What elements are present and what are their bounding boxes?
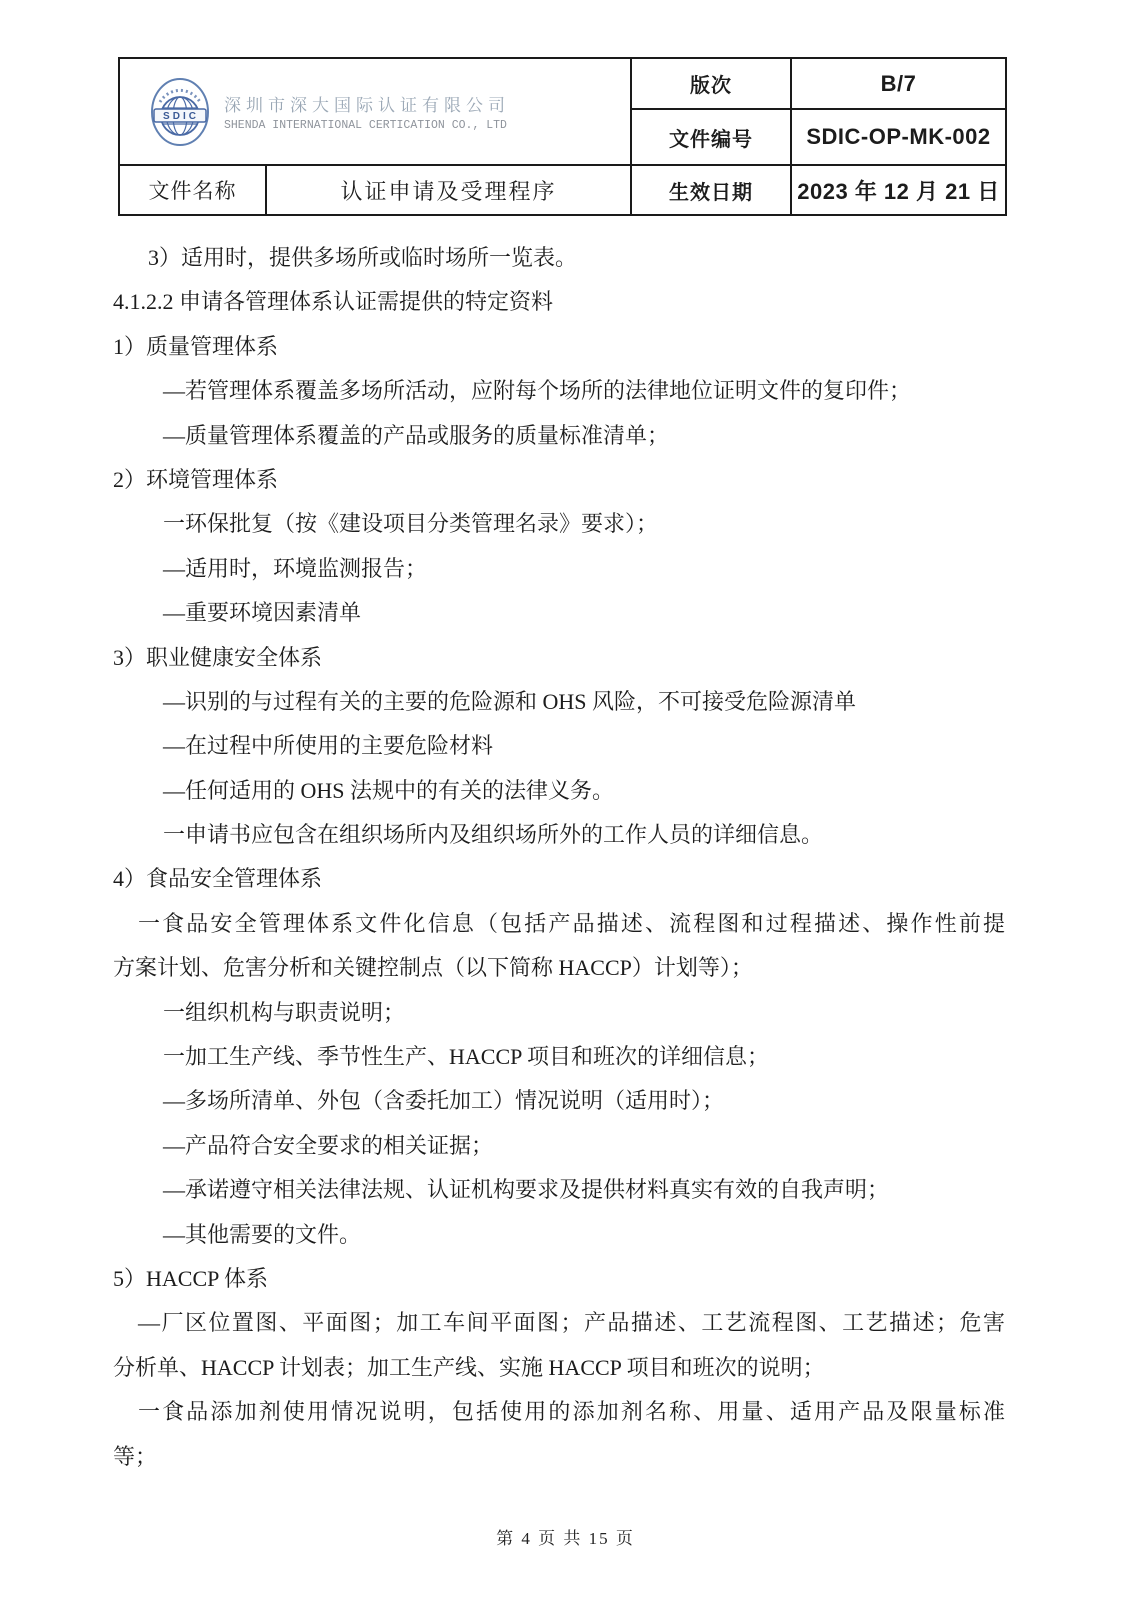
company-name-cn: 深圳市深大国际认证有限公司 — [224, 91, 510, 116]
body-line: 3）职业健康安全体系 — [113, 636, 1005, 680]
body-line: 一食品添加剂使用情况说明，包括使用的添加剂名称、用量、适用产品及限量标准 — [113, 1390, 1005, 1434]
body-line: 一加工生产线、季节性生产、HACCP 项目和班次的详细信息； — [113, 1035, 1005, 1079]
doc-number-label: 文件编号 — [632, 110, 792, 166]
body-line: 1）质量管理体系 — [113, 325, 1005, 369]
body-line: 一组织机构与职责说明； — [113, 991, 1005, 1035]
body-line: —多场所清单、外包（含委托加工）情况说明（适用时）； — [113, 1079, 1005, 1123]
body-line: —其他需要的文件。 — [113, 1213, 1005, 1257]
body-line: —重要环境因素清单 — [113, 591, 1005, 635]
document-header-table: SDIC 深圳市深大国际认证有限公司 SHENDA INTERNATIONAL … — [118, 57, 1007, 216]
body-line: —识别的与过程有关的主要的危险源和 OHS 风险，不可接受危险源清单 — [113, 680, 1005, 724]
body-line: —适用时，环境监测报告； — [113, 547, 1005, 591]
body-line: 一食品安全管理体系文件化信息（包括产品描述、流程图和过程描述、操作性前提 — [113, 902, 1005, 946]
body-line: 方案计划、危害分析和关键控制点（以下简称 HACCP）计划等）； — [113, 946, 1005, 990]
logo-banner-text: SDIC — [163, 111, 199, 122]
body-line: 4）食品安全管理体系 — [113, 857, 1005, 901]
logo-cell: SDIC 深圳市深大国际认证有限公司 SHENDA INTERNATIONAL … — [120, 59, 632, 166]
sdic-globe-logo-icon: SDIC — [148, 76, 212, 148]
body-line: —厂区位置图、平面图；加工车间平面图；产品描述、工艺流程图、工艺描述；危害 — [113, 1301, 1005, 1345]
effective-date-value: 2023 年 12 月 21 日 — [792, 166, 1005, 214]
body-line: 2）环境管理体系 — [113, 458, 1005, 502]
company-name-block: 深圳市深大国际认证有限公司 SHENDA INTERNATIONAL CERTI… — [224, 91, 510, 132]
doc-number-value: SDIC-OP-MK-002 — [792, 110, 1005, 166]
body-line: —产品符合安全要求的相关证据； — [113, 1124, 1005, 1168]
body-line: 一申请书应包含在组织场所内及组织场所外的工作人员的详细信息。 — [113, 813, 1005, 857]
body-line: 等； — [113, 1435, 1005, 1479]
doc-name-value: 认证申请及受理程序 — [267, 166, 632, 214]
body-line: —质量管理体系覆盖的产品或服务的质量标准清单； — [113, 414, 1005, 458]
body-line: 4.1.2.2 申请各管理体系认证需提供的特定资料 — [113, 280, 1005, 324]
doc-name-label: 文件名称 — [120, 166, 267, 214]
document-body: 3）适用时，提供多场所或临时场所一览表。4.1.2.2 申请各管理体系认证需提供… — [113, 236, 1005, 1479]
body-line: 5）HACCP 体系 — [113, 1257, 1005, 1301]
company-name-en: SHENDA INTERNATIONAL CERTICATION CO., LT… — [224, 119, 510, 132]
body-line: —承诺遵守相关法律法规、认证机构要求及提供材料真实有效的自我声明； — [113, 1168, 1005, 1212]
body-line: 一环保批复（按《建设项目分类管理名录》要求）； — [113, 502, 1005, 546]
body-line: —若管理体系覆盖多场所活动，应附每个场所的法律地位证明文件的复印件； — [113, 369, 1005, 413]
body-line: 分析单、HACCP 计划表；加工生产线、实施 HACCP 项目和班次的说明； — [113, 1346, 1005, 1390]
version-value: B/7 — [792, 59, 1005, 110]
body-line: 3）适用时，提供多场所或临时场所一览表。 — [113, 236, 1005, 280]
document-page: SDIC 深圳市深大国际认证有限公司 SHENDA INTERNATIONAL … — [0, 0, 1131, 1600]
body-line: —任何适用的 OHS 法规中的有关的法律义务。 — [113, 769, 1005, 813]
version-label: 版次 — [632, 59, 792, 110]
page-number: 第 4 页 共 15 页 — [0, 1524, 1131, 1549]
body-line: —在过程中所使用的主要危险材料 — [113, 724, 1005, 768]
company-logo: SDIC 深圳市深大国际认证有限公司 SHENDA INTERNATIONAL … — [148, 76, 510, 148]
effective-date-label: 生效日期 — [632, 166, 792, 214]
